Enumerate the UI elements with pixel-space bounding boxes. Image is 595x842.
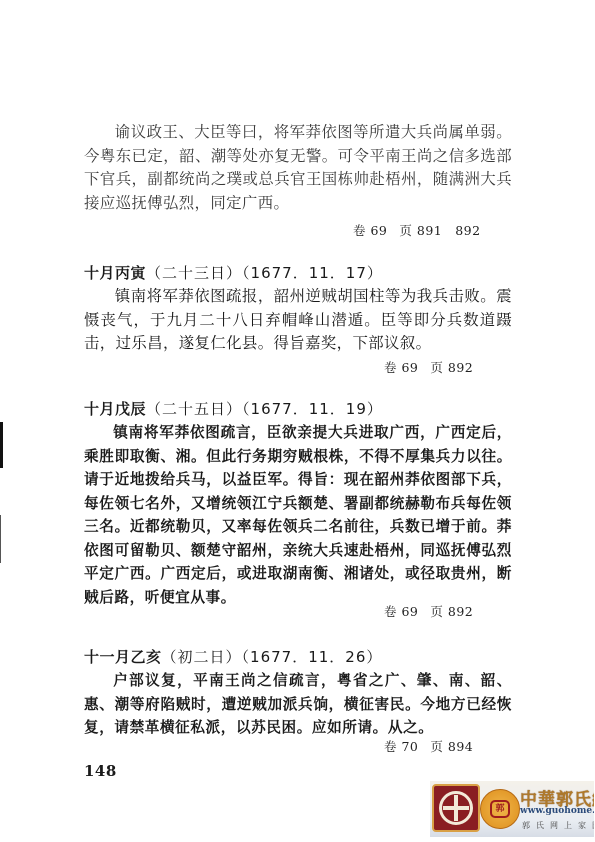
heading-gregorian-date: （1677．11．17）	[242, 264, 383, 282]
reference-volume: 卷 69	[384, 360, 418, 375]
entry-body-continuation: 谕议政王、大臣等曰，将军莽依图等所遣大兵尚属单弱。今粤东已定，韶、潮等处亦复无警…	[84, 121, 512, 215]
coin-icon: 郭	[480, 789, 520, 829]
reference-pages: 页 894	[430, 739, 473, 754]
watermark-slogan: 郭氏网上家园	[522, 820, 594, 831]
seal-icon	[432, 784, 480, 832]
reference-pages: 页 891 892	[399, 223, 480, 238]
seal-cross	[454, 795, 458, 821]
heading-month-day: 十月丙寅	[84, 264, 146, 282]
heading-month-day: 十月戊辰	[84, 400, 146, 418]
heading-lunar-day: （二十五日）	[146, 400, 242, 418]
watermark-logo: 郭 中華郭氏網 www.guohome.org 郭氏网上家园	[430, 781, 594, 837]
reference-volume: 卷 70	[384, 739, 418, 754]
scan-edge-mark	[0, 422, 3, 468]
heading-gregorian-date: （1677．11．26）	[242, 648, 383, 666]
heading-gregorian-date: （1677．11．19）	[242, 400, 383, 418]
entry-body: 户部议复，平南王尚之信疏言，粤省之广、肇、南、韶、惠、潮等府陷贼时，遭逆贼加派兵…	[84, 669, 512, 740]
entry-heading: 十月戊辰（二十五日）（1677．11．19）	[84, 398, 383, 419]
page-number: 148	[84, 762, 117, 780]
heading-lunar-day: （二十三日）	[146, 264, 242, 282]
entry-body: 镇南将军莽依图疏报，韶州逆贼胡国柱等为我兵击败。震慑丧气，于九月二十八日弃帽峰山…	[84, 285, 512, 356]
reference-volume: 卷 69	[384, 604, 418, 619]
entry-heading: 十月丙寅（二十三日）（1677．11．17）	[84, 262, 383, 283]
heading-month-day: 十一月乙亥	[84, 648, 162, 666]
entry-reference: 卷 69页 892	[384, 602, 473, 620]
scan-edge-mark	[0, 515, 1, 563]
entry-body: 镇南将军莽依图疏言，臣欲亲提大兵进取广西，广西定后，乘胜即取衡、湘。但此行务期穷…	[84, 421, 512, 609]
entry-heading: 十一月乙亥（初二日）（1677．11．26）	[84, 646, 382, 667]
reference-volume: 卷 69	[353, 223, 387, 238]
entry-reference: 卷 69页 891 892	[353, 221, 481, 239]
document-page: 谕议政王、大臣等曰，将军莽依图等所遣大兵尚属单弱。今粤东已定，韶、潮等处亦复无警…	[0, 0, 595, 842]
heading-lunar-day: （初二日）	[162, 648, 242, 666]
reference-pages: 页 892	[430, 604, 473, 619]
watermark-url: www.guohome.org	[520, 806, 594, 816]
reference-pages: 页 892	[430, 360, 473, 375]
entry-reference: 卷 69页 892	[384, 358, 473, 376]
entry-reference: 卷 70页 894	[384, 737, 473, 755]
coin-char: 郭	[490, 800, 510, 818]
